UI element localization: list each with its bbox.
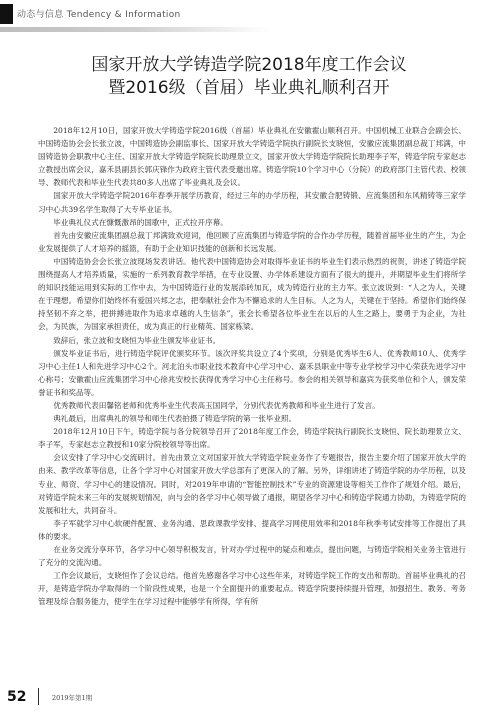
paragraph: 会议安排了学习中心交流研讨。首先由景立文对国家开放大学铸造学院业务作了专题报告，… xyxy=(38,451,466,516)
issue-label: 2019年第1期 xyxy=(52,693,92,702)
paragraph: 李子军就学习中心软硬件配置、业务沟通、思政课教学安排、提高学习网使用效率和201… xyxy=(38,517,466,543)
article-title: 国家开放大学铸造学院2018年度工作会议 暨2016级（首届）毕业典礼顺利召开 xyxy=(0,54,498,100)
paragraph: 典礼最后，出席典礼的领导和师生代表拍摄了铸造学院的第一张毕业照。 xyxy=(38,412,466,425)
footer-divider xyxy=(38,688,39,705)
paragraph: 致辞后，张立波和支晓恒为毕业生颁发毕业证书。 xyxy=(38,334,466,347)
paragraph: 毕业典礼仪式在慷慨激昂的国歌中，正式拉开序幕。 xyxy=(38,216,466,229)
paragraph: 2018年12月10日，国家开放大学铸造学院2016级（首届）毕业典礼在安徽霍山… xyxy=(38,124,466,189)
page-number: 52 xyxy=(7,689,26,705)
article-body: 2018年12月10日，国家开放大学铸造学院2016级（首届）毕业典礼在安徽霍山… xyxy=(38,124,466,608)
section-label: 动态与信息 Tendency & Information xyxy=(17,7,181,20)
header-gradient-bar xyxy=(0,27,270,32)
article-title-line-2: 暨2016级（首届）毕业典礼顺利召开 xyxy=(0,77,498,100)
paragraph: 工作会议最后，支晓恒作了会议总结。他首先感谢各学习中心这些年来，对铸造学院工作的… xyxy=(38,569,466,608)
paragraph: 颁发毕业证书后，进行铸造学院评优颁奖环节。该次评奖共设立了4个奖项，分别是优秀毕… xyxy=(38,347,466,399)
paragraph: 中国铸造协会会长张立波现场发表讲话。他代表中国铸造协会对取得毕业证书的毕业生们表… xyxy=(38,255,466,334)
article-title-line-1: 国家开放大学铸造学院2018年度工作会议 xyxy=(0,54,498,77)
paragraph: 在业务交流分享环节，各学习中心领导积极发言，针对办学过程中的疑点和难点，提出问题… xyxy=(38,543,466,569)
section-header: 动态与信息 Tendency & Information xyxy=(0,0,498,34)
paragraph: 2018年12月10日下午，铸造学院与各分院领导召开了2018年度工作会，铸造学… xyxy=(38,425,466,451)
paragraph: 优秀教师代表田馨铭老师和优秀毕业生代表高玉国同学，分别代表优秀教师和毕业生进行了… xyxy=(38,399,466,412)
header-marker-block xyxy=(0,4,13,24)
paragraph: 国家开放大学铸造学院2016年春季开展学历教育，经过三年的办学历程，其安徽合肥铸… xyxy=(38,189,466,215)
paragraph: 首先由安徽应流集团副总裁丁邦满致欢迎词，他回顾了应流集团与铸造学院的合作办学历程… xyxy=(38,229,466,255)
page-footer: 52 2019年第1期 xyxy=(0,686,498,719)
